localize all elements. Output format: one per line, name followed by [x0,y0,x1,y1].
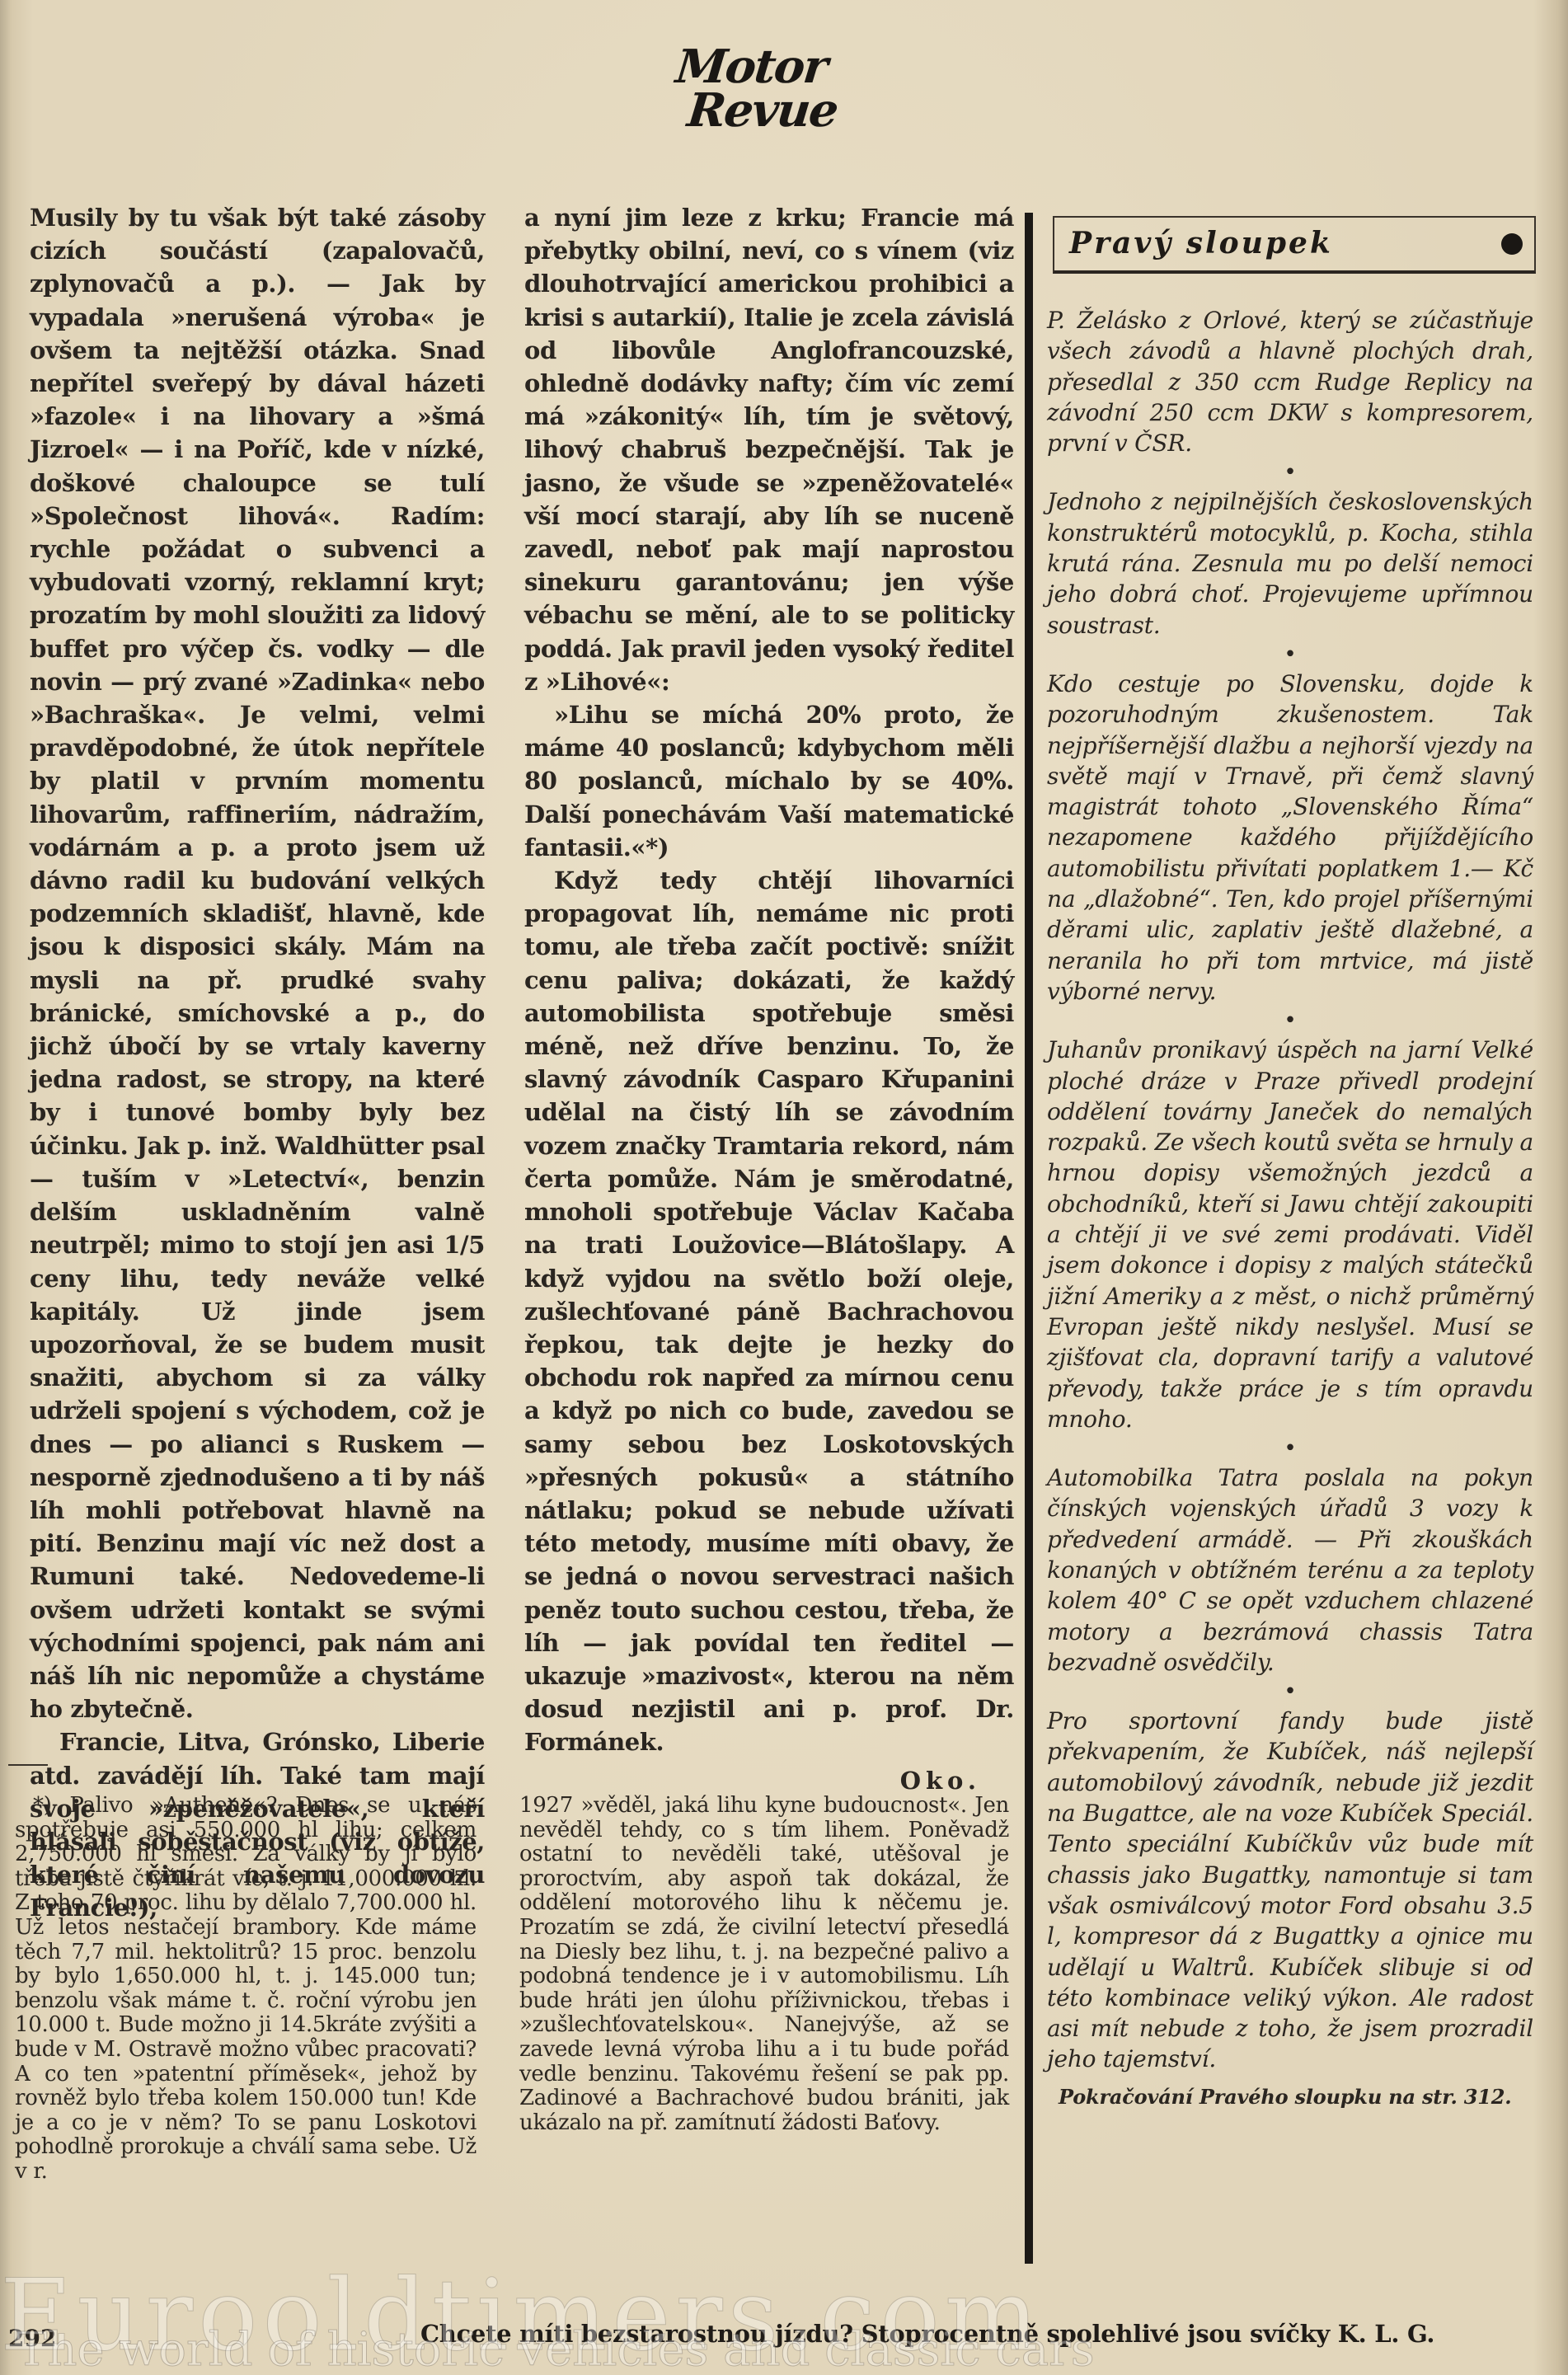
separator-dot-icon: • [1047,641,1533,669]
separator-dot-icon: • [1047,458,1533,486]
page-number: 292 [8,2325,56,2352]
footnote-part-1: *) Palivo »Authene«? Dnes se u nás spotř… [15,1794,477,2185]
sidebar-item: Automobilka Tatra poslala na pokyn čínsk… [1047,1462,1533,1678]
article-paragraph: Musily by tu však být také zásoby cizích… [30,201,485,1725]
article-quote: »Lihu se míchá 20% proto, že máme 40 pos… [524,698,1014,864]
footnote-divider [8,1764,48,1766]
article-paragraph: a nyní jim leze z krku; Francie má přeby… [524,201,1014,698]
article-column-2: a nyní jim leze z krku; Francie má přeby… [524,201,1014,1797]
footer-advert: Chcete míti bezstarostnou jízdu? Stoproc… [420,2320,1434,2348]
sidebar-item: P. Želásko z Orlové, který se zúčastňuje… [1047,305,1533,458]
sidebar-item: Pro sportovní fandy bude jistě překvapen… [1047,1706,1533,2075]
watermark-site: Eurooldtimers.com [0,2259,1568,2373]
sidebar-rule [1025,213,1033,2264]
footnote-part-2: 1927 »věděl, jaká lihu kyne budoucnost«.… [519,1794,1009,2135]
separator-dot-icon: • [1047,1678,1533,1706]
sidebar-continuation-note: Pokračování Pravého sloupku na str. 312. [1059,2082,1533,2112]
separator-dot-icon: • [1047,1007,1533,1035]
sidebar-item: Juhanův pronikavý úspěch na jarní Velké … [1047,1035,1533,1434]
article-column-1: Musily by tu však být také zásoby cizích… [30,201,485,1925]
sidebar-title: Pravý sloupek [1069,226,1333,260]
magazine-logo: Motor Revue [660,45,874,161]
sidebar-item: Jednoho z nejpilnějších československých… [1047,486,1533,640]
article-paragraph: Když tedy chtějí lihovarníci propagovat … [524,864,1014,1758]
bullet-dot-icon [1501,233,1523,255]
separator-dot-icon: • [1047,1434,1533,1462]
sidebar-header-box: Pravý sloupek [1053,216,1536,274]
logo-line-revue: Revue [685,89,876,133]
sidebar-item: Kdo cestuje po Slovensku, dojde k pozoru… [1047,669,1533,1007]
sidebar-column: P. Želásko z Orlové, který se zúčastňuje… [1047,305,1533,2112]
article-signature: Oko. [524,1764,1014,1797]
